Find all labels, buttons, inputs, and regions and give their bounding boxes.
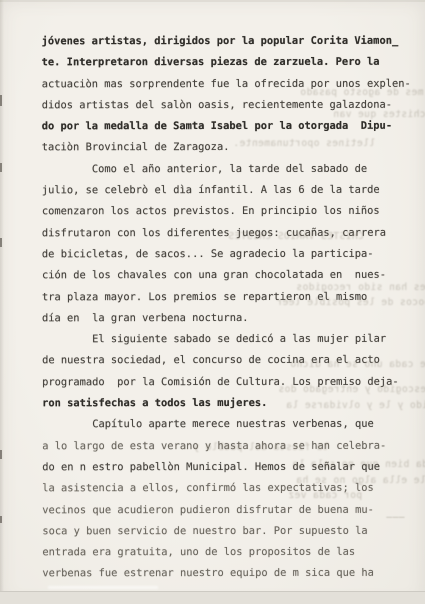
text-line: día en la gran verbena nocturna.: [42, 308, 420, 330]
text-line: de bicicletas, de sacos... Se agradecio …: [42, 244, 420, 266]
scan-artifact-mark: [0, 516, 2, 523]
text-line: Como el año anterior, la tarde del sabad…: [42, 159, 420, 181]
text-line: El siguiente sabado se dedicó a las muje…: [42, 329, 420, 351]
ghost-line: la fiesta del pueblo y: [193, 442, 329, 453]
scan-artifact-mark: [0, 95, 2, 106]
text-line: julio, se celebrò el dìa ínfantil. A las…: [42, 180, 420, 202]
text-line: vecinos que acudieron pudieron disfrutar…: [42, 499, 420, 521]
paper-crease: [48, 586, 158, 589]
ghost-line: a contarle ella algo no se ha: [296, 475, 425, 486]
ghost-line: despedido y le y olvidarse la: [286, 400, 425, 411]
document-page: jóvenes artistas, dirigidos por la popul…: [0, 0, 425, 604]
text-line: Capítulo aparte merece nuestras verbenas…: [42, 414, 420, 436]
ghost-line: de cada uno se ha dicho: [290, 359, 425, 370]
ghost-line: se han escogido y entregado dos: [278, 384, 425, 395]
text-line: soca y buen servicio de nuestro bar. Por…: [42, 521, 420, 543]
text-line: jóvenes artistas, dirigidos por la popul…: [42, 31, 420, 53]
text-line: te. Interpretaron diversas piezas de zar…: [42, 52, 420, 74]
ghost-line: CHISTES VARIOS CHISTES: [228, 231, 364, 242]
ghost-line: los chistes que van: [333, 109, 425, 120]
text-line: entrada era gratuita, uno de los proposi…: [42, 542, 420, 564]
ghost-line: lletines oportunamente.: [233, 138, 375, 149]
page-edge-shadow-left: [0, 0, 4, 604]
ghost-line: Estos chistes han sido recogidos: [296, 282, 425, 293]
page-bottom-edge: [0, 591, 425, 604]
page-edge-shadow-top: [0, 0, 425, 2]
text-line: verbenas fue estrenar nuestro equipo de …: [42, 563, 420, 585]
scan-artifact-mark: [0, 450, 2, 459]
scan-artifact-mark: [0, 163, 2, 172]
ghost-mark: ———: [386, 512, 405, 523]
ghost-line: a los pocos de les posible leer: [276, 297, 425, 308]
ghost-line: en el mes de agosto pasado: [300, 87, 425, 98]
scan-artifact-mark: [0, 238, 2, 247]
text-line: comenzaron los actos previstos. En princ…: [42, 201, 420, 223]
ghost-line: por cada vez: [288, 490, 362, 501]
ghost-line: se recuerda bien que no sola la: [292, 459, 425, 470]
